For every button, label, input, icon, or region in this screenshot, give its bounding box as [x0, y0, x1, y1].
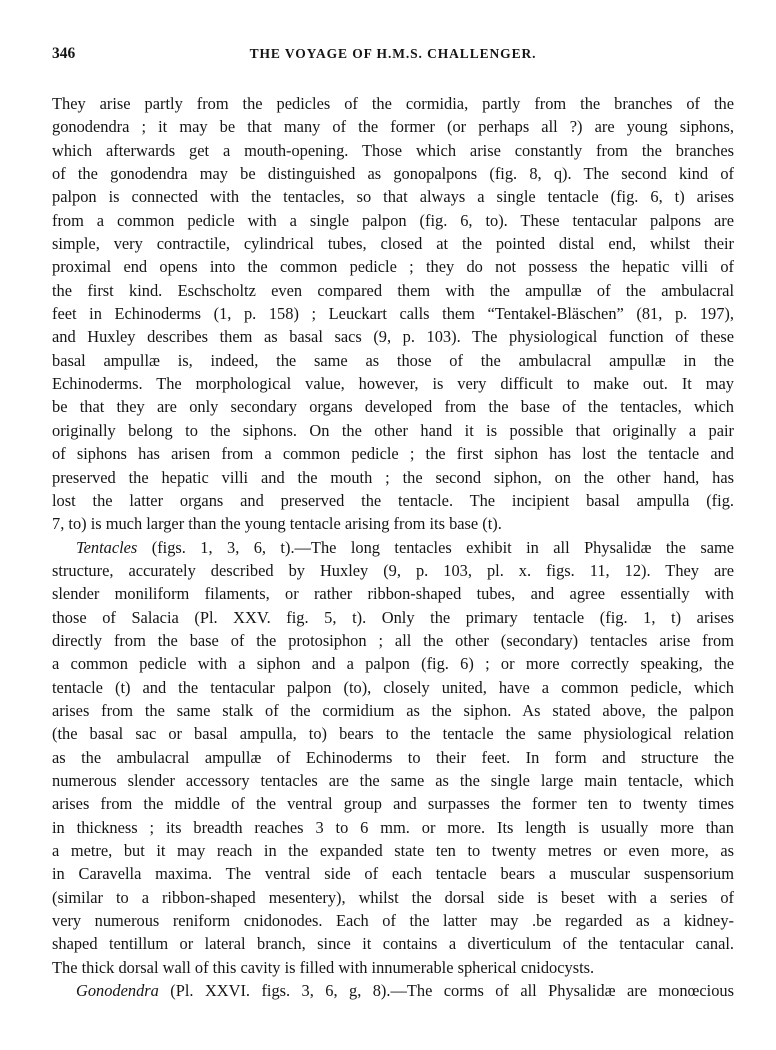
section-heading: Gonodendra: [76, 981, 159, 1000]
text-line: the first kind. Eschscholtz even compare…: [52, 279, 734, 302]
text-line: arises from the middle of the ventral gr…: [52, 792, 734, 815]
text-line: tentacle (t) and the tentacular palpon (…: [52, 676, 734, 699]
text-line: structure, accurately described by Huxle…: [52, 559, 734, 582]
running-head: 346 THE VOYAGE OF H.M.S. CHALLENGER.: [52, 44, 734, 64]
text-line: numerous slender accessory tentacles are…: [52, 769, 734, 792]
text-line: those of Salacia (Pl. XXV. fig. 5, t). O…: [52, 606, 734, 629]
text-line: palpon is connected with the tentacles, …: [52, 185, 734, 208]
text-line: very numerous reniform cnidonodes. Each …: [52, 909, 734, 932]
text-line: feet in Echinoderms (1, p. 158) ; Leucka…: [52, 302, 734, 325]
section-heading: Tentacles: [76, 538, 137, 557]
paragraph-gonodendra: Gonodendra (Pl. XXVI. figs. 3, 6, g, 8).…: [52, 979, 734, 1002]
text-line: gonodendra ; it may be that many of the …: [52, 115, 734, 138]
text-line: in Caravella maxima. The ventral side of…: [52, 862, 734, 885]
text-line: from a common pedicle with a single palp…: [52, 209, 734, 232]
text-line: preserved the hepatic villi and the mout…: [52, 466, 734, 489]
section-heading-line: Tentacles (figs. 1, 3, 6, t).—The long t…: [52, 536, 734, 559]
text-line: a common pedicle with a siphon and a pal…: [52, 652, 734, 675]
text-line: in thickness ; its breadth reaches 3 to …: [52, 816, 734, 839]
text-line: as the ambulacral ampullæ of Echinoderms…: [52, 746, 734, 769]
text-line: directly from the base of the protosipho…: [52, 629, 734, 652]
text-line: of siphons has arisen from a common pedi…: [52, 442, 734, 465]
text-line: 7, to) is much larger than the young ten…: [52, 512, 734, 535]
text-line: (similar to a ribbon-shaped mesentery), …: [52, 886, 734, 909]
text-line: simple, very contractile, cylindrical tu…: [52, 232, 734, 255]
text-line: arises from the same stalk of the cormid…: [52, 699, 734, 722]
text-line: shaped tentillum or lateral branch, sinc…: [52, 932, 734, 955]
section-heading-line: Gonodendra (Pl. XXVI. figs. 3, 6, g, 8).…: [52, 979, 734, 1002]
text-line: originally belong to the siphons. On the…: [52, 419, 734, 442]
text-line: be that they are only secondary organs d…: [52, 395, 734, 418]
running-title: THE VOYAGE OF H.M.S. CHALLENGER.: [52, 44, 734, 64]
paragraph-palpons-continued: They arise partly from the pedicles of t…: [52, 92, 734, 536]
text-line: slender moniliform filaments, or rather …: [52, 582, 734, 605]
text-line: a metre, but it may reach in the expande…: [52, 839, 734, 862]
text-line: The thick dorsal wall of this cavity is …: [52, 956, 734, 979]
text-line: and Huxley describes them as basal sacs …: [52, 325, 734, 348]
text-line: Echinoderms. The morphological value, ho…: [52, 372, 734, 395]
text-line: basal ampullæ is, indeed, the same as th…: [52, 349, 734, 372]
text-line: proximal end opens into the common pedic…: [52, 255, 734, 278]
paragraph-tentacles: Tentacles (figs. 1, 3, 6, t).—The long t…: [52, 536, 734, 980]
text-line: (the basal sac or basal ampulla, to) bea…: [52, 722, 734, 745]
text-line: of the gonodendra may be distinguished a…: [52, 162, 734, 185]
text-line: which afterwards get a mouth-opening. Th…: [52, 139, 734, 162]
text-line: lost the latter organs and preserved the…: [52, 489, 734, 512]
body-text: They arise partly from the pedicles of t…: [52, 92, 734, 1002]
text-line: They arise partly from the pedicles of t…: [52, 92, 734, 115]
